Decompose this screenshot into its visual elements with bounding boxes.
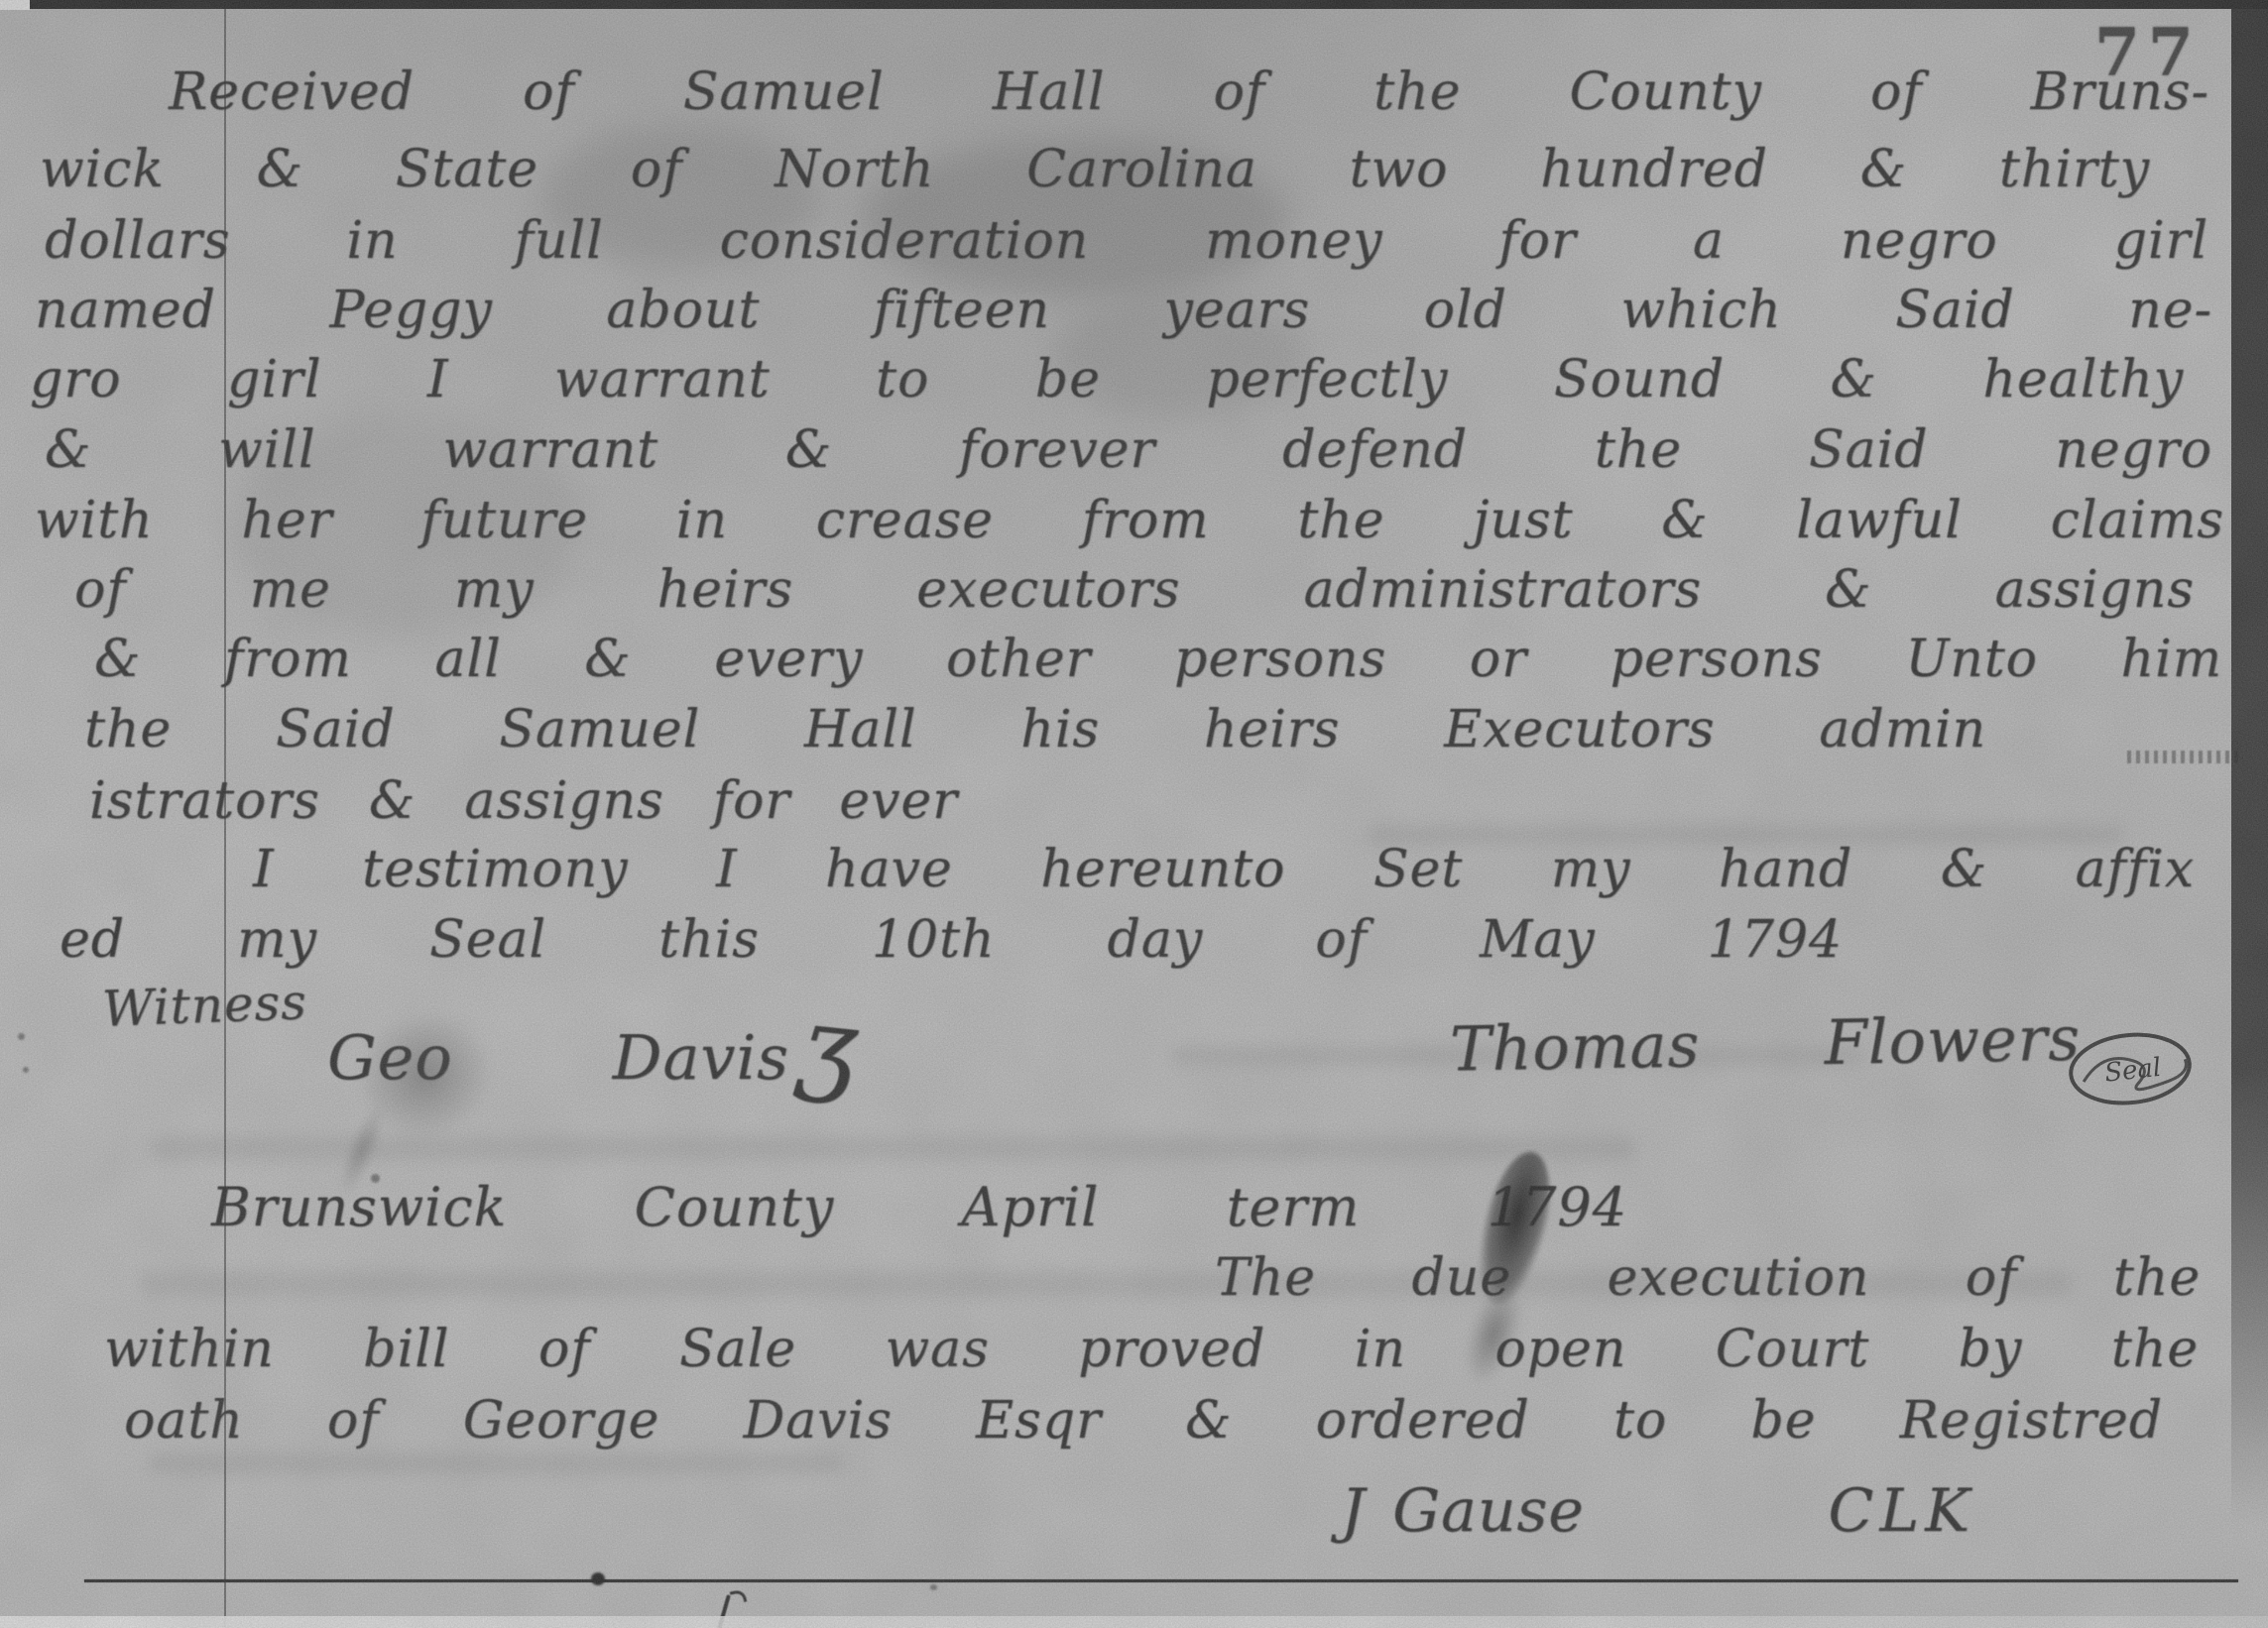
court-line: The due execution of the	[1215, 1247, 2201, 1309]
scan-edge-right	[2231, 0, 2268, 1527]
bleedthrough-band	[149, 1454, 843, 1473]
ink-speck	[23, 1067, 29, 1073]
signature-flourish: ʒ	[793, 981, 865, 1109]
manuscript-line: with her future in crease from the just …	[35, 490, 2224, 551]
scan-edge-bottom	[0, 1616, 2268, 1628]
witness-label: Witness	[101, 972, 308, 1038]
next-entry-pen-mark-hook	[730, 1589, 747, 1605]
margin-rule-line	[224, 8, 226, 1628]
clerk-signature-line: J Gause CLK	[1341, 1475, 1975, 1547]
manuscript-line: the Said Samuel Hall his heirs Executors…	[84, 699, 1986, 760]
clerk-title: CLK	[1828, 1475, 1975, 1547]
manuscript-line: dollars in full consideration money for …	[45, 210, 2208, 272]
manuscript-line: gro girl I warrant to be perfectly Sound…	[30, 349, 2184, 410]
manuscript-line: & will warrant & forever defend the Said…	[45, 419, 2212, 481]
faint-microfilm-marking	[2127, 751, 2241, 763]
manuscript-line: istrators & assigns for ever	[89, 770, 958, 832]
scan-edge-top	[0, 0, 2268, 9]
manuscript-line: Received of Samuel Hall of the County of…	[169, 61, 2209, 123]
grantor-signature: Thomas Flowers	[1449, 1001, 2081, 1086]
entry-divider-rule	[84, 1579, 2238, 1582]
manuscript-line: of me my heirs executors administrators …	[74, 559, 2195, 621]
ink-speck	[371, 1174, 380, 1183]
clerk-signature: J Gause	[1341, 1475, 1585, 1547]
seal-label: Seal	[2103, 1053, 2163, 1089]
testimony-line: I testimony I have hereunto Set my hand …	[253, 839, 2195, 900]
manuscript-line: & from all & every other persons or pers…	[94, 629, 2222, 690]
ink-speck	[18, 1033, 25, 1040]
court-line: within bill of Sale was proved in open C…	[104, 1319, 2199, 1380]
manuscript-line: wick & State of North Carolina two hundr…	[40, 139, 2150, 200]
manuscript-line: named Peggy about fifteen years old whic…	[35, 280, 2212, 341]
deed-book-page-scan: 77 Received of Samuel Hall of the County…	[0, 0, 2268, 1628]
court-line: oath of George Davis Esqr & ordered to b…	[124, 1390, 2163, 1452]
testimony-line: ed my Seal this 10th day of May 1794	[60, 909, 1843, 971]
seal-scribble: Seal	[2061, 1020, 2202, 1117]
ink-speck	[930, 1584, 937, 1590]
court-heading: Brunswick County April term 1794	[211, 1176, 1627, 1240]
ink-blob-on-rule	[591, 1572, 605, 1585]
scan-edge-notch	[0, 0, 30, 10]
